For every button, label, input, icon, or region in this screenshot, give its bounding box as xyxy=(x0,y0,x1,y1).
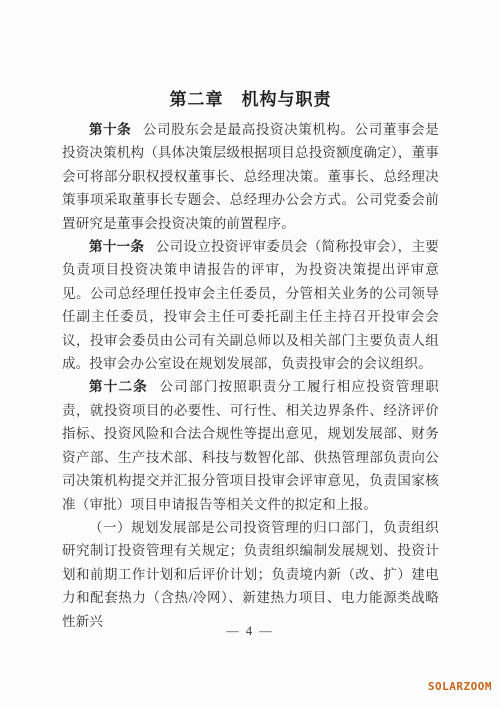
paragraph-article-12: 第十二条公司部门按照职责分工履行相应投资管理职责，就投资项目的必要性、可行性、相… xyxy=(62,375,439,515)
paragraph-article-10: 第十条公司股东会是最高投资决策机构。公司董事会是投资决策机构（具体决策层级根据项… xyxy=(62,118,439,235)
paragraph-article-11: 第十一条公司设立投资评审委员会（简称投审会），主要负责项目投资决策申请报告的评审… xyxy=(62,235,439,375)
article-12-number: 第十二条 xyxy=(89,379,148,394)
paragraph-item-1: （一）规划发展部是公司投资管理的归口部门，负责组织研究制订投资管理有关规定；负责… xyxy=(62,516,439,633)
article-10-text: 公司股东会是最高投资决策机构。公司董事会是投资决策机构（具体决策层级根据项目总投… xyxy=(62,122,439,231)
article-12-text: 公司部门按照职责分工履行相应投资管理职责，就投资项目的必要性、可行性、相关边界条… xyxy=(62,379,439,511)
item-1-text: （一）规划发展部是公司投资管理的归口部门，负责组织研究制订投资管理有关规定；负责… xyxy=(62,520,439,629)
article-11-text: 公司设立投资评审委员会（简称投审会），主要负责项目投资决策申请报告的评审，为投资… xyxy=(62,239,439,371)
document-page: 第二章 机构与职责 第十条公司股东会是最高投资决策机构。公司董事会是投资决策机构… xyxy=(0,0,500,707)
chapter-title: 第二章 机构与职责 xyxy=(62,88,439,112)
watermark-solarzoom: SOLARZOOM xyxy=(428,680,492,693)
document-content: 第二章 机构与职责 第十条公司股东会是最高投资决策机构。公司董事会是投资决策机构… xyxy=(62,88,439,633)
page-number: — 4 — xyxy=(0,624,500,639)
article-11-number: 第十一条 xyxy=(89,239,144,254)
article-10-number: 第十条 xyxy=(89,122,131,137)
